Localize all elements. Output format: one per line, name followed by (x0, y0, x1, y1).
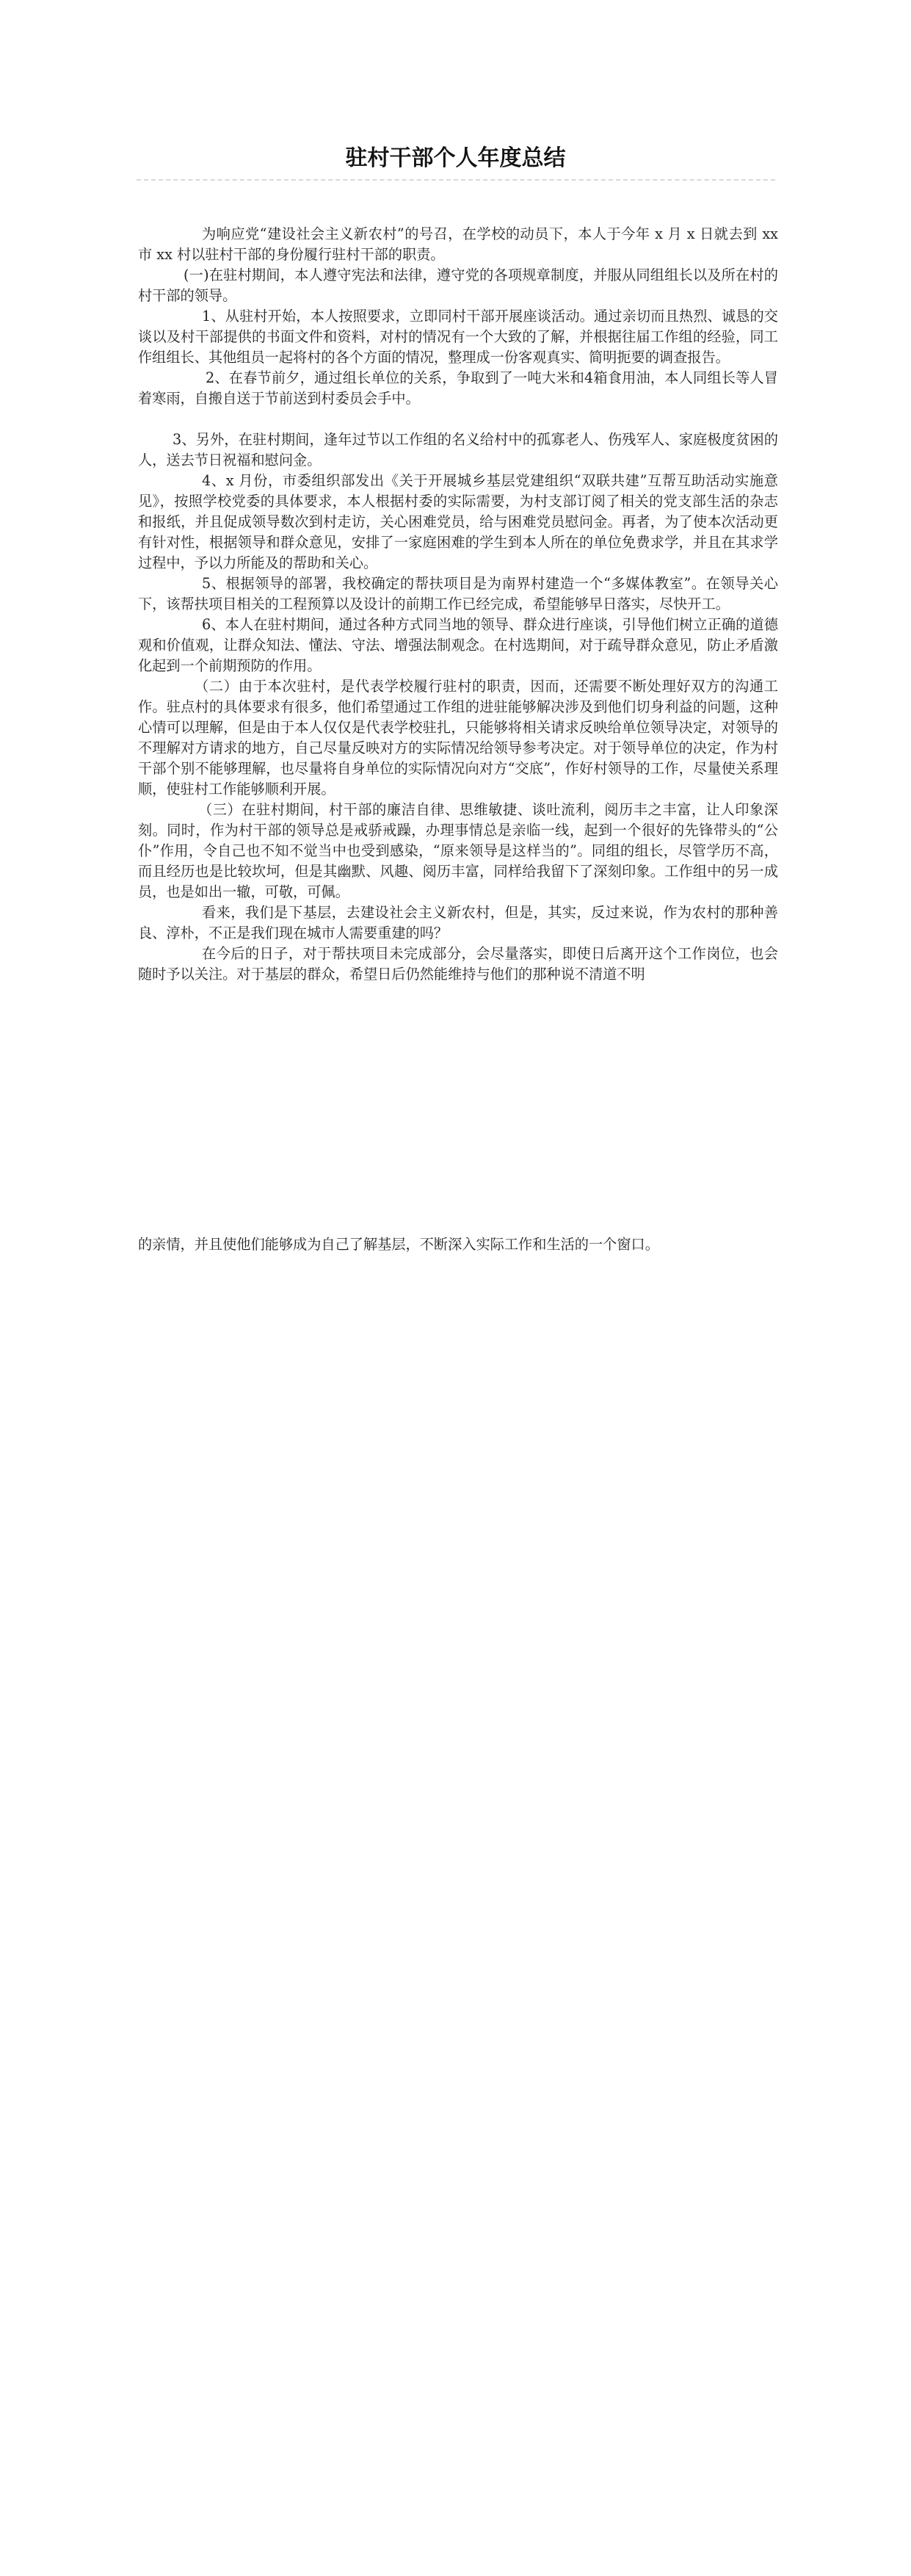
paragraph-item-1: 1、从驻村开始，本人按照要求，立即同村干部开展座谈活动。通过亲切而且热烈、诚恳的… (138, 306, 778, 368)
paragraph-item-4: 4、x 月份，市委组织部发出《关于开展城乡基层党建组织“双联共建”互帮互助活动实… (138, 471, 778, 574)
paragraph-item-5: 5、根据领导的部署，我校确定的帮扶项目是为南界村建造一个“多媒体教室”。在领导关… (138, 574, 778, 615)
document-title: 驻村干部个人年度总结 (0, 140, 911, 172)
paragraph-section-3: （三）在驻村期间，村干部的廉洁自律、思维敏捷、谈吐流利，阅历丰之丰富，让人印象深… (138, 800, 778, 902)
paragraph-item-3: 3、另外，在驻村期间，逢年过节以工作组的名义给村中的孤寡老人、伤残军人、家庭极度… (138, 430, 778, 471)
paragraph-intro: 为响应党“建设社会主义新农村”的号召，在学校的动员下，本人于今年 x 月 x 日… (138, 224, 778, 265)
paragraph-item-6: 6、本人在驻村期间，通过各种方式同当地的领导、群众进行座谈，引导他们树立正确的道… (138, 615, 778, 676)
paragraph-future: 在今后的日子，对于帮扶项目未完成部分，会尽量落实，即使日后离开这个工作岗位，也会… (138, 944, 778, 985)
blank-line (138, 409, 778, 430)
paragraph-closing: 的亲情，并且使他们能够成为自己了解基层，不断深入实际工作和生活的一个窗口。 (138, 1234, 778, 1255)
paragraph-reflection: 看来，我们是下基层，去建设社会主义新农村，但是，其实，反过来说，作为农村的那种善… (138, 902, 778, 944)
page-break-gap (138, 985, 778, 1234)
paragraph-section-1: (一)在驻村期间，本人遵守宪法和法律，遵守党的各项规章制度，并服从同组组长以及所… (138, 265, 778, 306)
paragraph-item-2: 2、在春节前夕，通过组长单位的关系，争取到了一吨大米和4箱食用油，本人同组长等人… (138, 368, 778, 409)
paragraph-section-2: （二）由于本次驻村，是代表学校履行驻村的职责，因而，还需要不断处理好双方的沟通工… (138, 676, 778, 800)
title-divider (137, 179, 775, 181)
document-body: 为响应党“建设社会主义新农村”的号召，在学校的动员下，本人于今年 x 月 x 日… (138, 224, 778, 1255)
